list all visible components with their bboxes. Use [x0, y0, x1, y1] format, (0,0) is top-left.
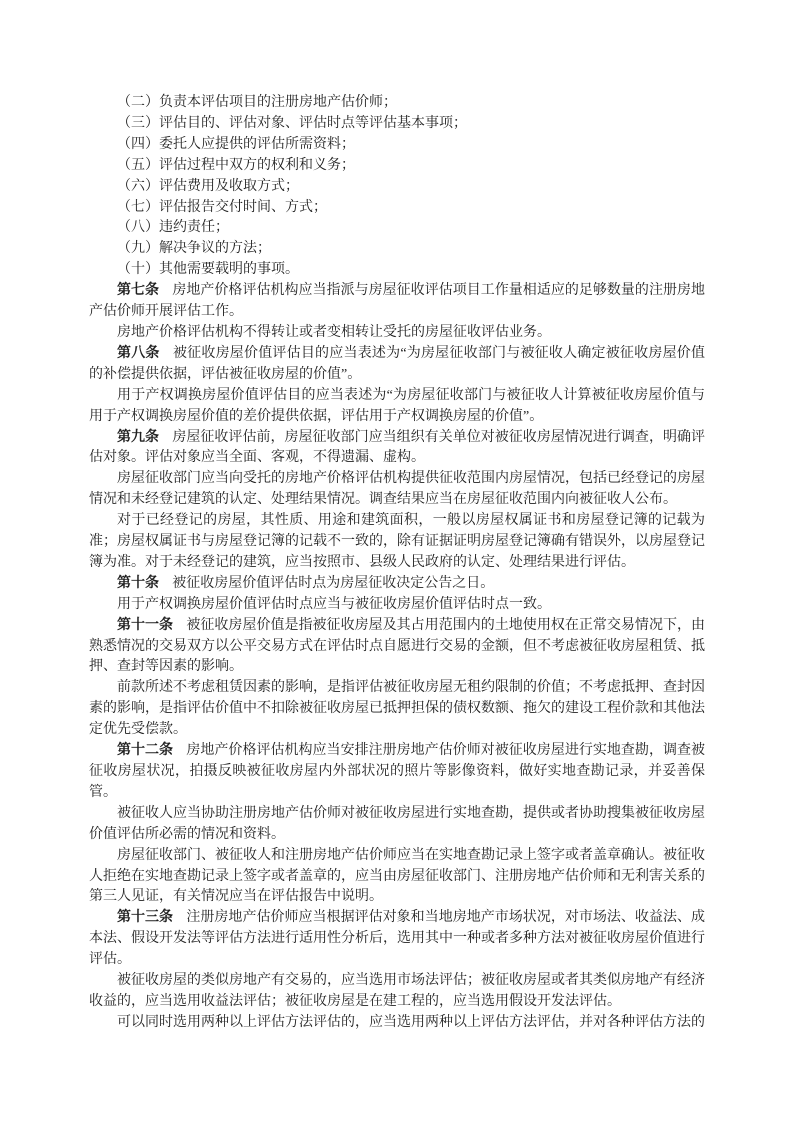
body-paragraph: 可以同时选用两种以上评估方法评估的，应当选用两种以上评估方法评估，并对各种评估方… — [89, 1013, 705, 1034]
paragraph-text: （五）评估过程中双方的权利和义务； — [117, 158, 355, 173]
paragraph-text: 用于产权调换房屋价值评估目的应当表述为“为房屋征收部门与被征收人计算被征收房屋价… — [89, 388, 705, 424]
paragraph-text: 被征收人应当协助注册房地产估价师对被征收房屋进行实地查勘，提供或者协助搜集被征收… — [89, 806, 705, 842]
list-item: （六）评估费用及收取方式； — [89, 177, 705, 198]
article-number: 第十一条 — [117, 618, 173, 633]
paragraph-text: 房屋征收评估前，房屋征收部门应当组织有关单位对被征收房屋情况进行调查，明确评估对… — [89, 430, 705, 466]
article-paragraph: 第十条被征收房屋价值评估时点为房屋征收决定公告之日。 — [89, 574, 705, 595]
paragraph-text: 房屋征收部门应当向受托的房地产价格评估机构提供征收范围内房屋情况，包括已经登记的… — [89, 471, 705, 507]
body-paragraph: 前款所述不考虑租赁因素的影响，是指评估被征收房屋无租约限制的价值；不考虑抵押、查… — [89, 678, 705, 741]
paragraph-text: 前款所述不考虑租赁因素的影响，是指评估被征收房屋无租约限制的价值；不考虑抵押、查… — [89, 680, 705, 737]
body-paragraph: 用于产权调换房屋价值评估目的应当表述为“为房屋征收部门与被征收人计算被征收房屋价… — [89, 386, 705, 428]
paragraph-text: 被征收房屋的类似房地产有交易的，应当选用市场法评估；被征收房屋或者其类似房地产有… — [89, 973, 705, 1009]
paragraph-text: 用于产权调换房屋价值评估时点应当与被征收房屋价值评估时点一致。 — [117, 597, 551, 612]
body-paragraph: 被征收人应当协助注册房地产估价师对被征收房屋进行实地查勘，提供或者协助搜集被征收… — [89, 804, 705, 846]
list-item: （二）负责本评估项目的注册房地产估价师； — [89, 93, 705, 114]
article-number: 第十条 — [117, 576, 159, 591]
article-paragraph: 第十二条房地产价格评估机构应当安排注册房地产估价师对被征收房屋进行实地查勘，调查… — [89, 741, 705, 804]
body-paragraph: 用于产权调换房屋价值评估时点应当与被征收房屋价值评估时点一致。 — [89, 595, 705, 616]
paragraph-text: 房地产价格评估机构不得转让或者变相转让受托的房屋征收评估业务。 — [117, 325, 551, 340]
body-paragraph: 房地产价格评估机构不得转让或者变相转让受托的房屋征收评估业务。 — [89, 323, 705, 344]
paragraph-text: 被征收房屋价值评估目的应当表述为“为房屋征收部门与被征收人确定被征收房屋价值的补… — [89, 346, 705, 382]
paragraph-text: （六）评估费用及收取方式； — [117, 179, 299, 194]
body-paragraph: 对于已经登记的房屋，其性质、用途和建筑面积，一般以房屋权属证书和房屋登记簿的记载… — [89, 511, 705, 574]
paragraph-text: 房屋征收部门、被征收人和注册房地产估价师应当在实地查勘记录上签字或者盖章确认。被… — [89, 848, 705, 905]
article-number: 第九条 — [117, 430, 159, 445]
body-paragraph: 被征收房屋的类似房地产有交易的，应当选用市场法评估；被征收房屋或者其类似房地产有… — [89, 971, 705, 1013]
document-page: （二）负责本评估项目的注册房地产估价师； （三）评估目的、评估对象、评估时点等评… — [0, 0, 793, 1122]
paragraph-text: （七）评估报告交付时间、方式； — [117, 200, 327, 215]
body-paragraph: 房屋征收部门应当向受托的房地产价格评估机构提供征收范围内房屋情况，包括已经登记的… — [89, 469, 705, 511]
list-item: （十）其他需要载明的事项。 — [89, 260, 705, 281]
article-number: 第八条 — [117, 346, 160, 361]
body-paragraph: 房屋征收部门、被征收人和注册房地产估价师应当在实地查勘记录上签字或者盖章确认。被… — [89, 846, 705, 909]
article-paragraph: 第九条房屋征收评估前，房屋征收部门应当组织有关单位对被征收房屋情况进行调查，明确… — [89, 428, 705, 470]
article-paragraph: 第七条房地产价格评估机构应当指派与房屋征收评估项目工作量相适应的足够数量的注册房… — [89, 281, 705, 323]
article-number: 第十二条 — [117, 743, 173, 758]
article-number: 第十三条 — [117, 910, 173, 925]
article-paragraph: 第十三条注册房地产估价师应当根据评估对象和当地房地产市场状况，对市场法、收益法、… — [89, 908, 705, 971]
paragraph-text: （二）负责本评估项目的注册房地产估价师； — [117, 95, 397, 110]
paragraph-text: 可以同时选用两种以上评估方法评估的，应当选用两种以上评估方法评估，并对各种评估方… — [117, 1015, 705, 1030]
paragraph-text: 被征收房屋价值是指被征收房屋及其占用范围内的土地使用权在正常交易情况下，由熟悉情… — [89, 618, 705, 675]
article-paragraph: 第十一条被征收房屋价值是指被征收房屋及其占用范围内的土地使用权在正常交易情况下，… — [89, 616, 705, 679]
list-item: （五）评估过程中双方的权利和义务； — [89, 156, 705, 177]
list-item: （三）评估目的、评估对象、评估时点等评估基本事项； — [89, 114, 705, 135]
paragraph-text: （八）违约责任； — [117, 220, 229, 235]
paragraph-text: 房地产价格评估机构应当安排注册房地产估价师对被征收房屋进行实地查勘，调查被征收房… — [89, 743, 705, 800]
article-number: 第七条 — [117, 283, 159, 298]
list-item: （四）委托人应提供的评估所需资料； — [89, 135, 705, 156]
list-item: （九）解决争议的方法； — [89, 239, 705, 260]
paragraph-text: （十）其他需要载明的事项。 — [117, 262, 299, 277]
paragraph-text: （九）解决争议的方法； — [117, 241, 271, 256]
document-body: （二）负责本评估项目的注册房地产估价师； （三）评估目的、评估对象、评估时点等评… — [89, 93, 705, 1034]
paragraph-text: 对于已经登记的房屋，其性质、用途和建筑面积，一般以房屋权属证书和房屋登记簿的记载… — [89, 513, 705, 570]
paragraph-text: 注册房地产估价师应当根据评估对象和当地房地产市场状况，对市场法、收益法、成本法、… — [89, 910, 705, 967]
paragraph-text: 房地产价格评估机构应当指派与房屋征收评估项目工作量相适应的足够数量的注册房地产估… — [89, 283, 705, 319]
paragraph-text: （四）委托人应提供的评估所需资料； — [117, 137, 355, 152]
paragraph-text: 被征收房屋价值评估时点为房屋征收决定公告之日。 — [172, 576, 494, 591]
paragraph-text: （三）评估目的、评估对象、评估时点等评估基本事项； — [117, 116, 467, 131]
article-paragraph: 第八条被征收房屋价值评估目的应当表述为“为房屋征收部门与被征收人确定被征收房屋价… — [89, 344, 705, 386]
list-item: （七）评估报告交付时间、方式； — [89, 198, 705, 219]
list-item: （八）违约责任； — [89, 218, 705, 239]
